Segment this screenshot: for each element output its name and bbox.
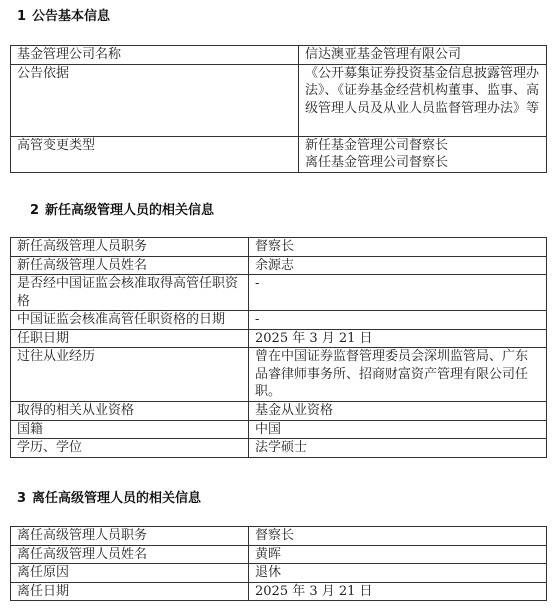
row-value: 黄晖 xyxy=(249,545,547,564)
table-row: 高管变更类型 新任基金管理公司督察长 离任基金管理公司督察长 xyxy=(11,136,547,172)
row-value: 信达澳亚基金管理有限公司 xyxy=(299,46,547,65)
section-title: 新任高级管理人员的相关信息 xyxy=(45,203,214,218)
table-row: 离任高级管理人员姓名 黄晖 xyxy=(11,545,547,564)
table-row: 取得的相关从业资格 基金从业资格 xyxy=(11,402,547,421)
row-value: 新任基金管理公司督察长 离任基金管理公司督察长 xyxy=(299,136,547,172)
table-row: 过往从业经历 曾在中国证券监督管理委员会深圳监管局、广东品睿律师事务所、招商财富… xyxy=(11,348,547,402)
row-value: 曾在中国证券监督管理委员会深圳监管局、广东品睿律师事务所、招商财富资产管理有限公… xyxy=(249,348,547,402)
row-label: 基金管理公司名称 xyxy=(11,46,299,65)
table-row: 国籍 中国 xyxy=(11,420,547,439)
row-value: 中国 xyxy=(249,420,547,439)
row-value: - xyxy=(249,311,547,330)
section-1-heading: 1公告基本信息 xyxy=(17,5,110,24)
section-3-heading: 3离任高级管理人员的相关信息 xyxy=(17,487,201,506)
table-row: 新任高级管理人员职务 督察长 xyxy=(11,238,547,257)
section-number: 3 xyxy=(17,491,26,506)
row-value: 退休 xyxy=(249,564,547,583)
row-label: 离任高级管理人员职务 xyxy=(11,527,249,546)
row-value: 余源志 xyxy=(249,256,547,275)
row-label: 中国证监会核准高管任职资格的日期 xyxy=(11,311,249,330)
table-row: 基金管理公司名称 信达澳亚基金管理有限公司 xyxy=(11,46,547,65)
row-value: 《公开募集证券投资基金信息披露管理办法》、《证券基金经营机构董事、监事、高级管理… xyxy=(299,64,547,136)
section-2-heading: 2新任高级管理人员的相关信息 xyxy=(30,199,214,218)
table-row: 中国证监会核准高管任职资格的日期 - xyxy=(11,311,547,330)
section-number: 1 xyxy=(17,9,26,24)
new-executive-info-table: 新任高级管理人员职务 督察长 新任高级管理人员姓名 余源志 是否经中国证监会核准… xyxy=(10,237,547,458)
row-label: 新任高级管理人员职务 xyxy=(11,238,249,257)
table-row: 任职日期 2025 年 3 月 21 日 xyxy=(11,329,547,348)
section-number: 2 xyxy=(30,203,39,218)
table-row: 是否经中国证监会核准取得高管任职资格 - xyxy=(11,275,547,311)
row-label: 取得的相关从业资格 xyxy=(11,402,249,421)
row-label: 国籍 xyxy=(11,420,249,439)
section-title: 公告基本信息 xyxy=(32,9,110,24)
row-label: 公告依据 xyxy=(11,64,299,136)
table-row: 新任高级管理人员姓名 余源志 xyxy=(11,256,547,275)
row-value: 2025 年 3 月 21 日 xyxy=(249,329,547,348)
row-label: 学历、学位 xyxy=(11,439,249,458)
row-label: 任职日期 xyxy=(11,329,249,348)
table-row: 离任原因 退休 xyxy=(11,564,547,583)
table-row: 公告依据 《公开募集证券投资基金信息披露管理办法》、《证券基金经营机构董事、监事… xyxy=(11,64,547,136)
table-row: 离任日期 2025 年 3 月 21 日 xyxy=(11,582,547,601)
row-value: - xyxy=(249,275,547,311)
row-label: 离任日期 xyxy=(11,582,249,601)
announcement-basic-info-table: 基金管理公司名称 信达澳亚基金管理有限公司 公告依据 《公开募集证券投资基金信息… xyxy=(10,45,547,173)
row-label: 离任原因 xyxy=(11,564,249,583)
row-value: 基金从业资格 xyxy=(249,402,547,421)
row-value: 法学硕士 xyxy=(249,439,547,458)
row-value: 2025 年 3 月 21 日 xyxy=(249,582,547,601)
row-value: 督察长 xyxy=(249,527,547,546)
row-label: 过往从业经历 xyxy=(11,348,249,402)
row-label: 离任高级管理人员姓名 xyxy=(11,545,249,564)
row-label: 是否经中国证监会核准取得高管任职资格 xyxy=(11,275,249,311)
section-title: 离任高级管理人员的相关信息 xyxy=(32,491,201,506)
departing-executive-info-table: 离任高级管理人员职务 督察长 离任高级管理人员姓名 黄晖 离任原因 退休 离任日… xyxy=(10,526,547,601)
table-row: 学历、学位 法学硕士 xyxy=(11,439,547,458)
table-row: 离任高级管理人员职务 督察长 xyxy=(11,527,547,546)
row-label: 新任高级管理人员姓名 xyxy=(11,256,249,275)
row-label: 高管变更类型 xyxy=(11,136,299,172)
row-value: 督察长 xyxy=(249,238,547,257)
